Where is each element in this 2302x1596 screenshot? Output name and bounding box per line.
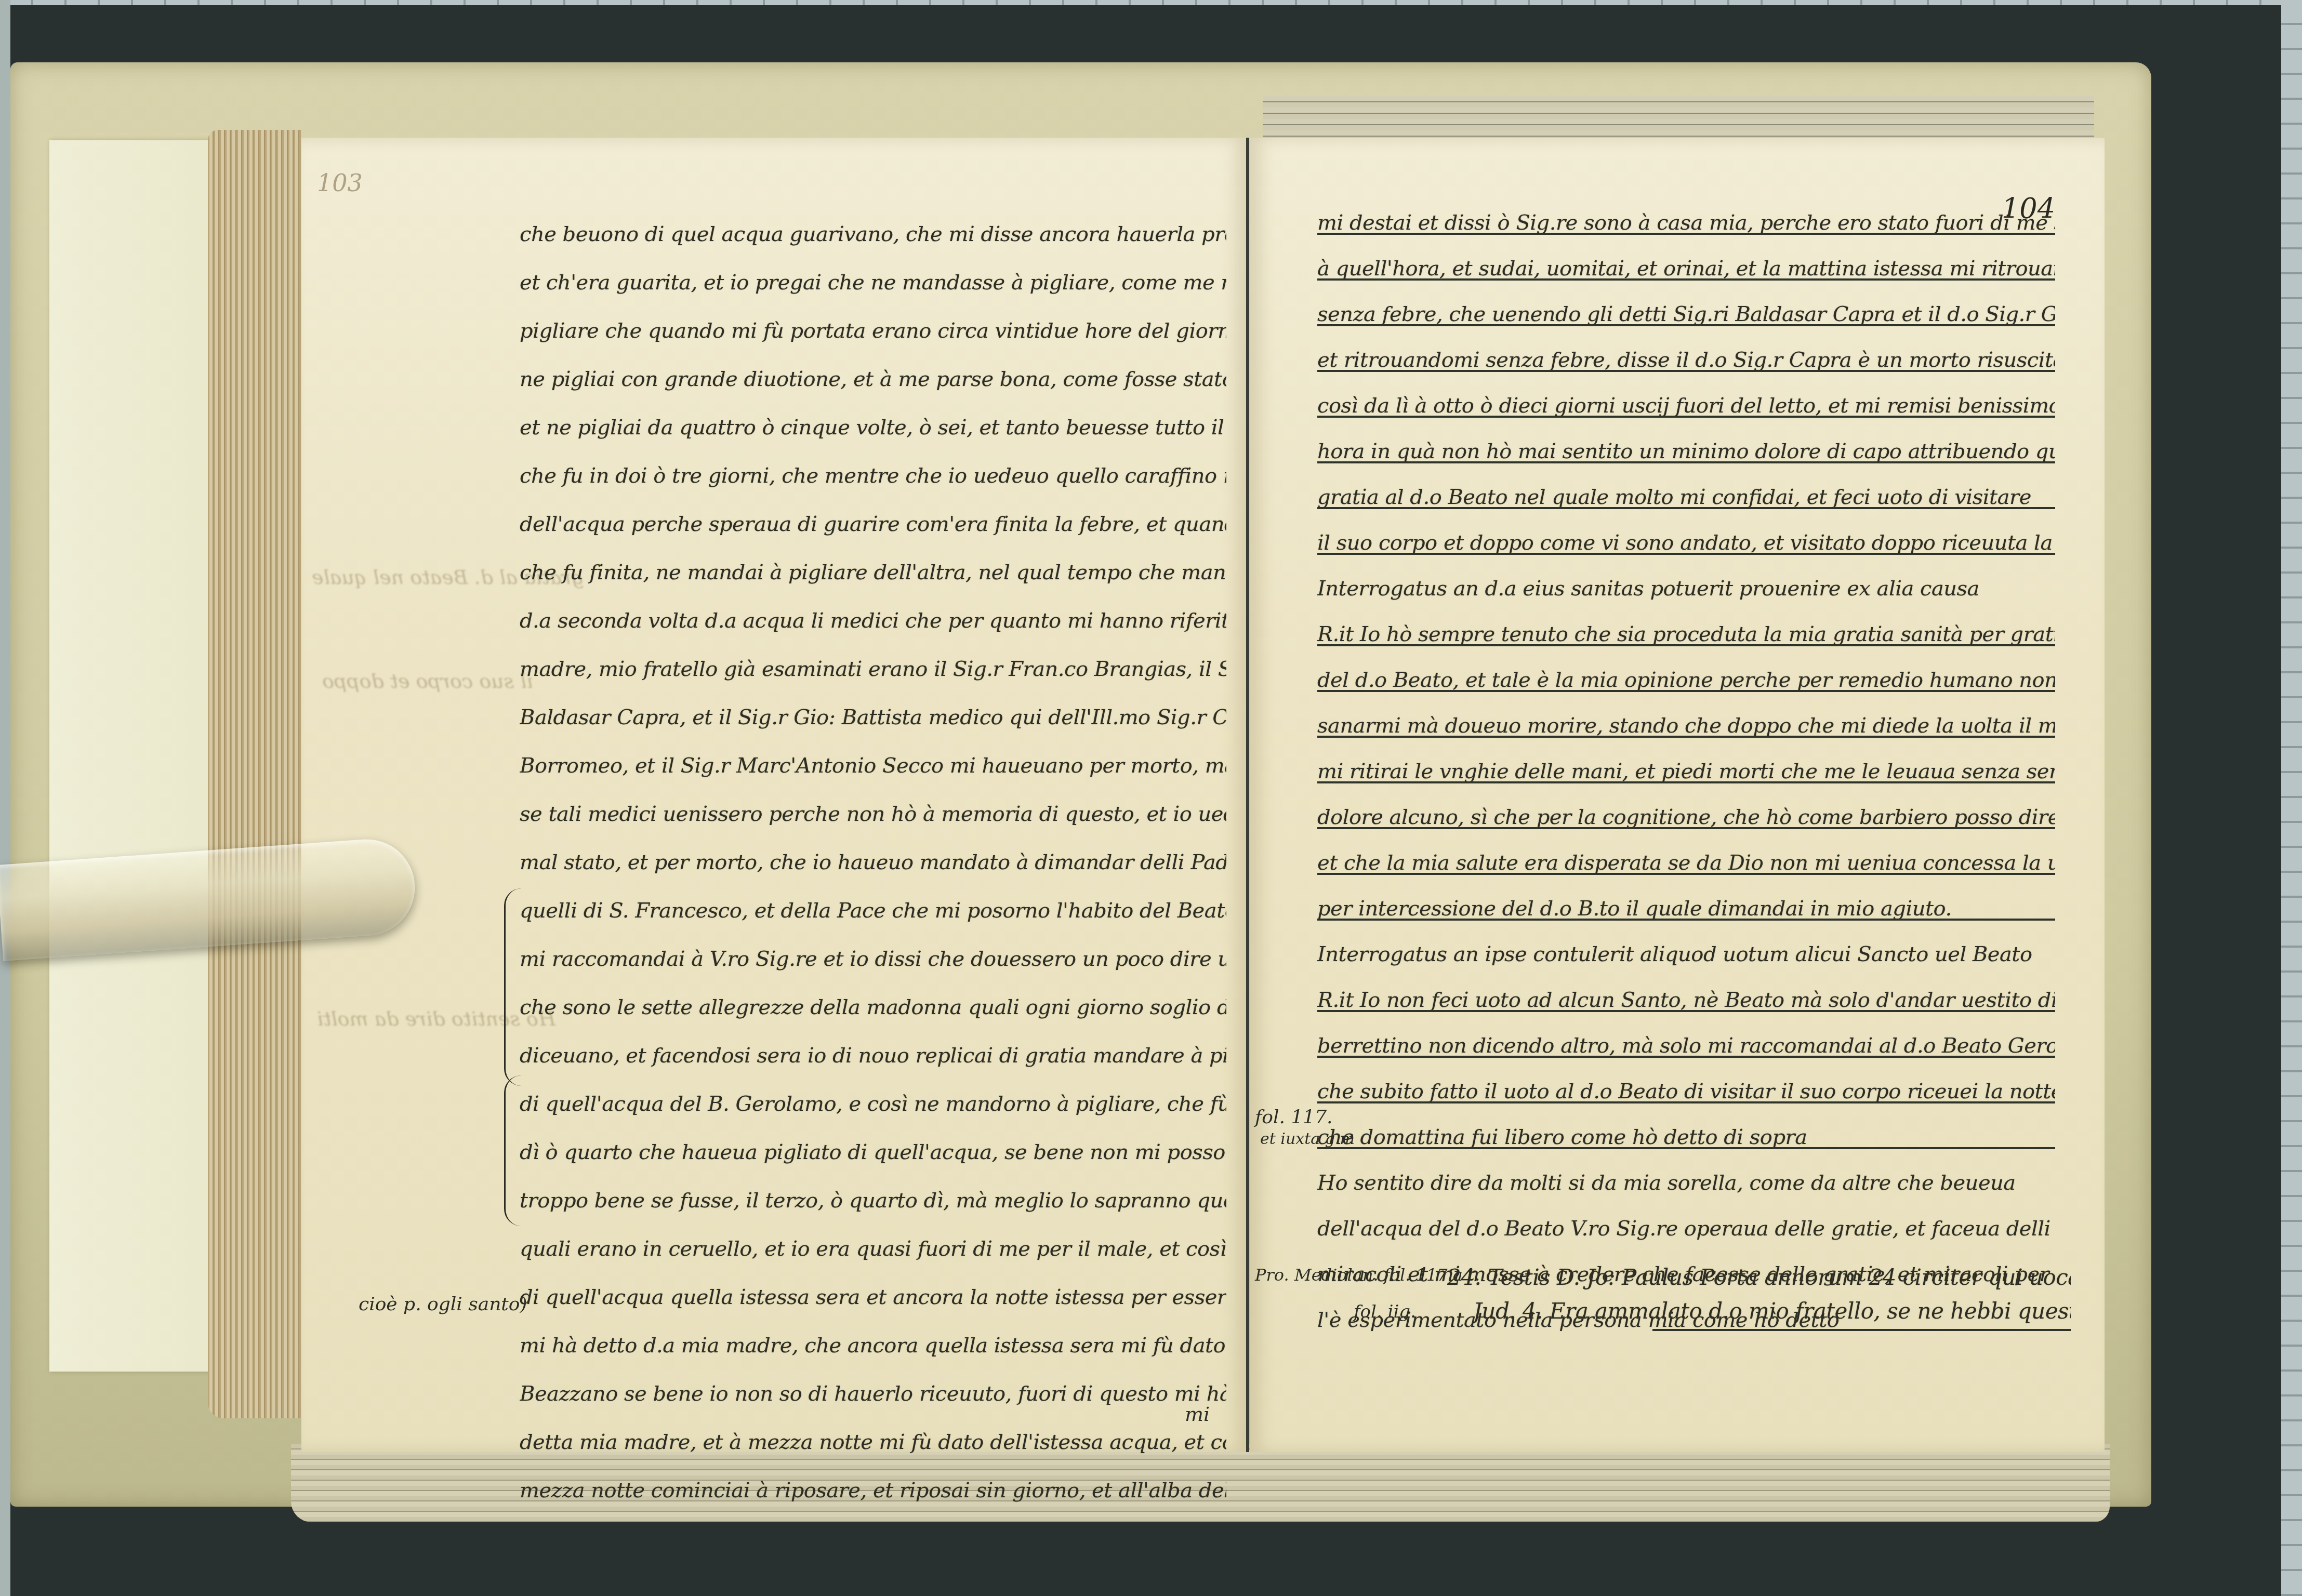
right-page: 104 mi destai et dissi ò Sig.re sono à c…: [1250, 138, 2105, 1452]
manuscript-line: di quell'acqua quella istessa sera et an…: [520, 1273, 1226, 1322]
scale-strip-right: [2281, 0, 2302, 1596]
manuscript-line: quelli di S. Francesco, et della Pace ch…: [520, 887, 1226, 935]
manuscript-line: mi raccomandai à V.ro Sig.re et io dissi…: [520, 935, 1226, 983]
manuscript-line: che domattina fui libero come hò detto d…: [1317, 1114, 2055, 1160]
manuscript-line: ne pigliai con grande diuotione, et à me…: [520, 355, 1226, 404]
manuscript-line: diceuano, et facendosi sera io di nouo r…: [520, 1032, 1226, 1080]
witness-answer: Jud. 4. Era ammalato d.o mio fratello, s…: [1473, 1288, 2071, 1334]
manuscript-line: d.a seconda volta d.a acqua li medici ch…: [520, 597, 1226, 645]
manuscript-line: dolore alcuno, sì che per la cognitione,…: [1317, 794, 2055, 840]
manuscript-line: di quell'acqua del B. Gerolamo, e così n…: [520, 1080, 1226, 1128]
manuscript-line: dell'acqua perche speraua di guarire com…: [520, 500, 1226, 549]
manuscript-line: Beazzano se bene io non so di hauerlo ri…: [520, 1370, 1226, 1418]
manuscript-line: madre, mio fratello già esaminati erano …: [520, 645, 1226, 694]
scale-strip-top: [0, 0, 2302, 5]
manuscript-line: mezza notte cominciai à riposare, et rip…: [520, 1467, 1226, 1515]
folio-number-left: 103: [317, 169, 363, 197]
right-page-text: mi destai et dissi ò Sig.re sono à casa …: [1317, 200, 2055, 1343]
manuscript-line: et che la mia salute era disperata se da…: [1317, 840, 2055, 886]
manuscript-line: così da lì à otto ò dieci giorni uscij f…: [1317, 383, 2055, 429]
ink-bleed-through: il suo corpo et doppo: [322, 657, 533, 706]
manuscript-line: troppo bene se fusse, il terzo, ò quarto…: [520, 1177, 1226, 1225]
manuscript-line: et ritrouandomi senza febre, disse il d.…: [1317, 337, 2055, 383]
manuscript-line: che sono le sette allegrezze della madon…: [520, 983, 1226, 1032]
margin-note: cioè p. ogli santo): [359, 1294, 527, 1315]
manuscript-line: mi ritirai le vnghie delle mani, et pied…: [1317, 749, 2055, 794]
manuscript-line: R.it Io non feci uoto ad alcun Santo, nè…: [1317, 977, 2055, 1023]
manuscript-line: quali erano in ceruello, et io era quasi…: [520, 1225, 1226, 1273]
manuscript-line: berrettino non dicendo altro, mà solo mi…: [1317, 1023, 2055, 1069]
manuscript-line: del d.o Beato, et tale è la mia opinione…: [1317, 657, 2055, 703]
manuscript-line: hora in quà non hò mai sentito un minimo…: [1317, 429, 2055, 474]
manuscript-line: et ch'era guarita, et io pregai che ne m…: [520, 259, 1226, 307]
left-page: 103 gratia al d. Beato nel quale il suo …: [301, 138, 1247, 1452]
manuscript-line: senza febre, che uenendo gli detti Sig.r…: [1317, 291, 2055, 337]
margin-bracket: [504, 888, 521, 1086]
manuscript-line: Ho sentito dire da molti si da mia sorel…: [1317, 1160, 2055, 1206]
manuscript-line: che fu in doi ò tre giorni, che mentre c…: [520, 452, 1226, 500]
margin-bracket: [504, 1075, 521, 1226]
manuscript-line: Interrogatus an ipse contulerit aliquod …: [1317, 932, 2055, 977]
manuscript-line: à quell'hora, et sudai, uomitai, et orin…: [1317, 246, 2055, 291]
manuscript-line: che subito fatto il uoto al d.o Beato di…: [1317, 1069, 2055, 1114]
manuscript-line: se tali medici uenissero perche non hò à…: [520, 790, 1226, 839]
manuscript-line: sanarmi mà doueuo morire, stando che dop…: [1317, 703, 2055, 749]
margin-note-process: Pro. Mediolan. fol. 117 a t.: [1255, 1265, 1480, 1285]
page-stack-left: [208, 130, 301, 1418]
manuscript-line: mi hà detto d.a mia madre, che ancora qu…: [520, 1322, 1226, 1370]
margin-note-fol: fol. iig.: [1354, 1301, 1416, 1322]
margin-note-iuxta: et iuxta g.m: [1260, 1130, 1355, 1148]
manuscript-line: che fu finita, ne mandai à pigliare dell…: [520, 549, 1226, 597]
manuscript-line: Baldasar Capra, et il Sig.r Gio: Battist…: [520, 694, 1226, 742]
manuscript-line: dì ò quarto che haueua pigliato di quell…: [520, 1128, 1226, 1177]
manuscript-line: gratia al d.o Beato nel quale molto mi c…: [1317, 474, 2055, 520]
manuscript-line: et ne pigliai da quattro ò cinque volte,…: [520, 404, 1226, 452]
scale-strip-left: [0, 0, 10, 1596]
manuscript-line: detta mia madre, et à mezza notte mi fù …: [520, 1418, 1226, 1467]
manuscript-line: mi destai et dissi ò Sig.re sono à casa …: [1317, 200, 2055, 246]
manuscript-line: mal stato, et per morto, che io haueuo m…: [520, 839, 1226, 887]
manuscript-line: Interrogatus an d.a eius sanitas potueri…: [1317, 566, 2055, 611]
margin-note-folio: fol. 117.: [1255, 1107, 1333, 1128]
manuscript-line: pigliare che quando mi fù portata erano …: [520, 307, 1226, 355]
gutter-spine: [1246, 138, 1249, 1452]
left-page-text: che beuono di quel acqua guarivano, che …: [520, 210, 1226, 1515]
manuscript-line: Borromeo, et il Sig.r Marc'Antonio Secco…: [520, 742, 1226, 790]
manuscript-line: che beuono di quel acqua guarivano, che …: [520, 210, 1226, 259]
manuscript-line: dell'acqua del d.o Beato V.ro Sig.re ope…: [1317, 1206, 2055, 1252]
catchword: mi: [1185, 1403, 1210, 1426]
manuscript-line: R.it Io hò sempre tenuto che sia procedu…: [1317, 611, 2055, 657]
manuscript-line: per intercessione del d.o B.to il quale …: [1317, 886, 2055, 932]
manuscript-line: il suo corpo et doppo come vi sono andat…: [1317, 520, 2055, 566]
